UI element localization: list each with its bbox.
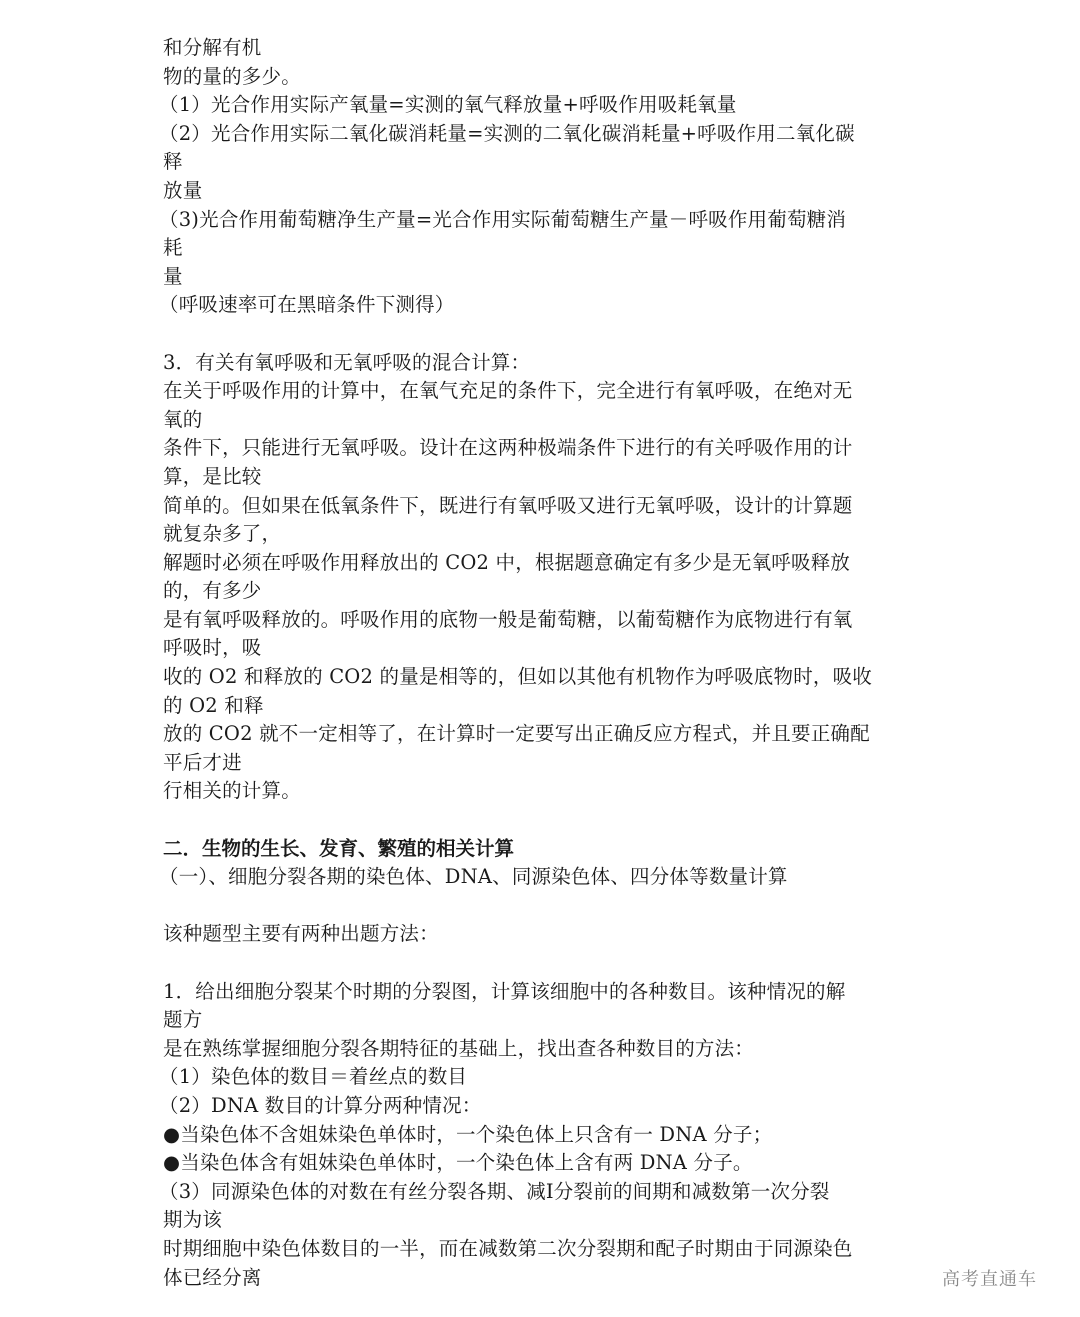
bullet-item: ●当染色体含有姐妹染色单体时，一个染色体上含有两 DNA 分子。 [163, 1149, 923, 1178]
text-line: 放的 CO2 就不一定相等了，在计算时一定要写出正确反应方程式，并且要正确配 [163, 720, 923, 749]
item-heading-1: 1．给出细胞分裂某个时期的分裂图，计算该细胞中的各种数目。该种情况的解 [163, 978, 923, 1007]
text-line: 耗 [163, 234, 923, 263]
document-page: 和分解有机 物的量的多少。 （1）光合作用实际产氧量=实测的氧气释放量+呼吸作用… [163, 34, 923, 1292]
text-line: 的，有多少 [163, 577, 923, 606]
text-line: 收的 O2 和释放的 CO2 的量是相等的，但如以其他有机物作为呼吸底物时，吸收 [163, 663, 923, 692]
paragraph-gap [163, 806, 923, 835]
text-line: 题方 [163, 1006, 923, 1035]
text-line: 平后才进 [163, 749, 923, 778]
text-line: 期为该 [163, 1206, 923, 1235]
formula-line-3: （3)光合作用葡萄糖净生产量=光合作用实际葡萄糖生产量－呼吸作用葡萄糖消 [159, 206, 923, 235]
text-line: 放量 [163, 177, 923, 206]
text-line: 条件下，只能进行无氧呼吸。设计在这两种极端条件下进行的有关呼吸作用的计 [163, 434, 923, 463]
text-line: 算，是比较 [163, 463, 923, 492]
formula-line-2: （2）光合作用实际二氧化碳消耗量=实测的二氧化碳消耗量+呼吸作用二氧化碳 [159, 120, 923, 149]
paragraph-gap [163, 320, 923, 349]
text-line: 物的量的多少。 [163, 63, 923, 92]
text-line: 时期细胞中染色体数目的一半，而在减数第二次分裂期和配子时期由于同源染色 [163, 1235, 923, 1264]
watermark: 高考直通车 [942, 1265, 1037, 1291]
paragraph-gap [163, 892, 923, 921]
text-line: 是有氧呼吸释放的。呼吸作用的底物一般是葡萄糖，以葡萄糖作为底物进行有氧 [163, 606, 923, 635]
intro-line: 该种题型主要有两种出题方法： [163, 920, 923, 949]
text-line: 的 O2 和释 [163, 692, 923, 721]
rule-line-1: （1）染色体的数目＝着丝点的数目 [159, 1063, 923, 1092]
section-heading: 二．生物的生长、发育、繁殖的相关计算 [163, 835, 923, 864]
text-line: 呼吸时，吸 [163, 634, 923, 663]
text-line: 简单的。但如果在低氧条件下，既进行有氧呼吸又进行无氧呼吸，设计的计算题 [163, 492, 923, 521]
text-line: 和分解有机 [163, 34, 923, 63]
text-line: 在关于呼吸作用的计算中，在氧气充足的条件下，完全进行有氧呼吸，在绝对无 [163, 377, 923, 406]
text-line: 释 [163, 148, 923, 177]
rule-line-3: （3）同源染色体的对数在有丝分裂各期、减Ⅰ分裂前的间期和减数第一次分裂 [159, 1178, 923, 1207]
item-heading-3: 3．有关有氧呼吸和无氧呼吸的混合计算： [163, 349, 923, 378]
subsection-heading: （一）、细胞分裂各期的染色体、DNA、同源染色体、四分体等数量计算 [159, 863, 923, 892]
text-line: 是在熟练掌握细胞分裂各期特征的基础上，找出查各种数目的方法： [163, 1035, 923, 1064]
bullet-item: ●当染色体不含姐妹染色单体时，一个染色体上只含有一 DNA 分子； [163, 1121, 923, 1150]
text-line: 行相关的计算。 [163, 777, 923, 806]
text-line: 解题时必须在呼吸作用释放出的 CO2 中，根据题意确定有多少是无氧呼吸释放 [163, 549, 923, 578]
text-line: 体已经分离 [163, 1264, 923, 1293]
text-line: 氧的 [163, 406, 923, 435]
paragraph-gap [163, 949, 923, 978]
formula-line-1: （1）光合作用实际产氧量=实测的氧气释放量+呼吸作用吸耗氧量 [159, 91, 923, 120]
note-line: （呼吸速率可在黑暗条件下测得） [159, 291, 923, 320]
text-line: 量 [163, 263, 923, 292]
rule-line-2: （2）DNA 数目的计算分两种情况： [159, 1092, 923, 1121]
text-line: 就复杂多了， [163, 520, 923, 549]
